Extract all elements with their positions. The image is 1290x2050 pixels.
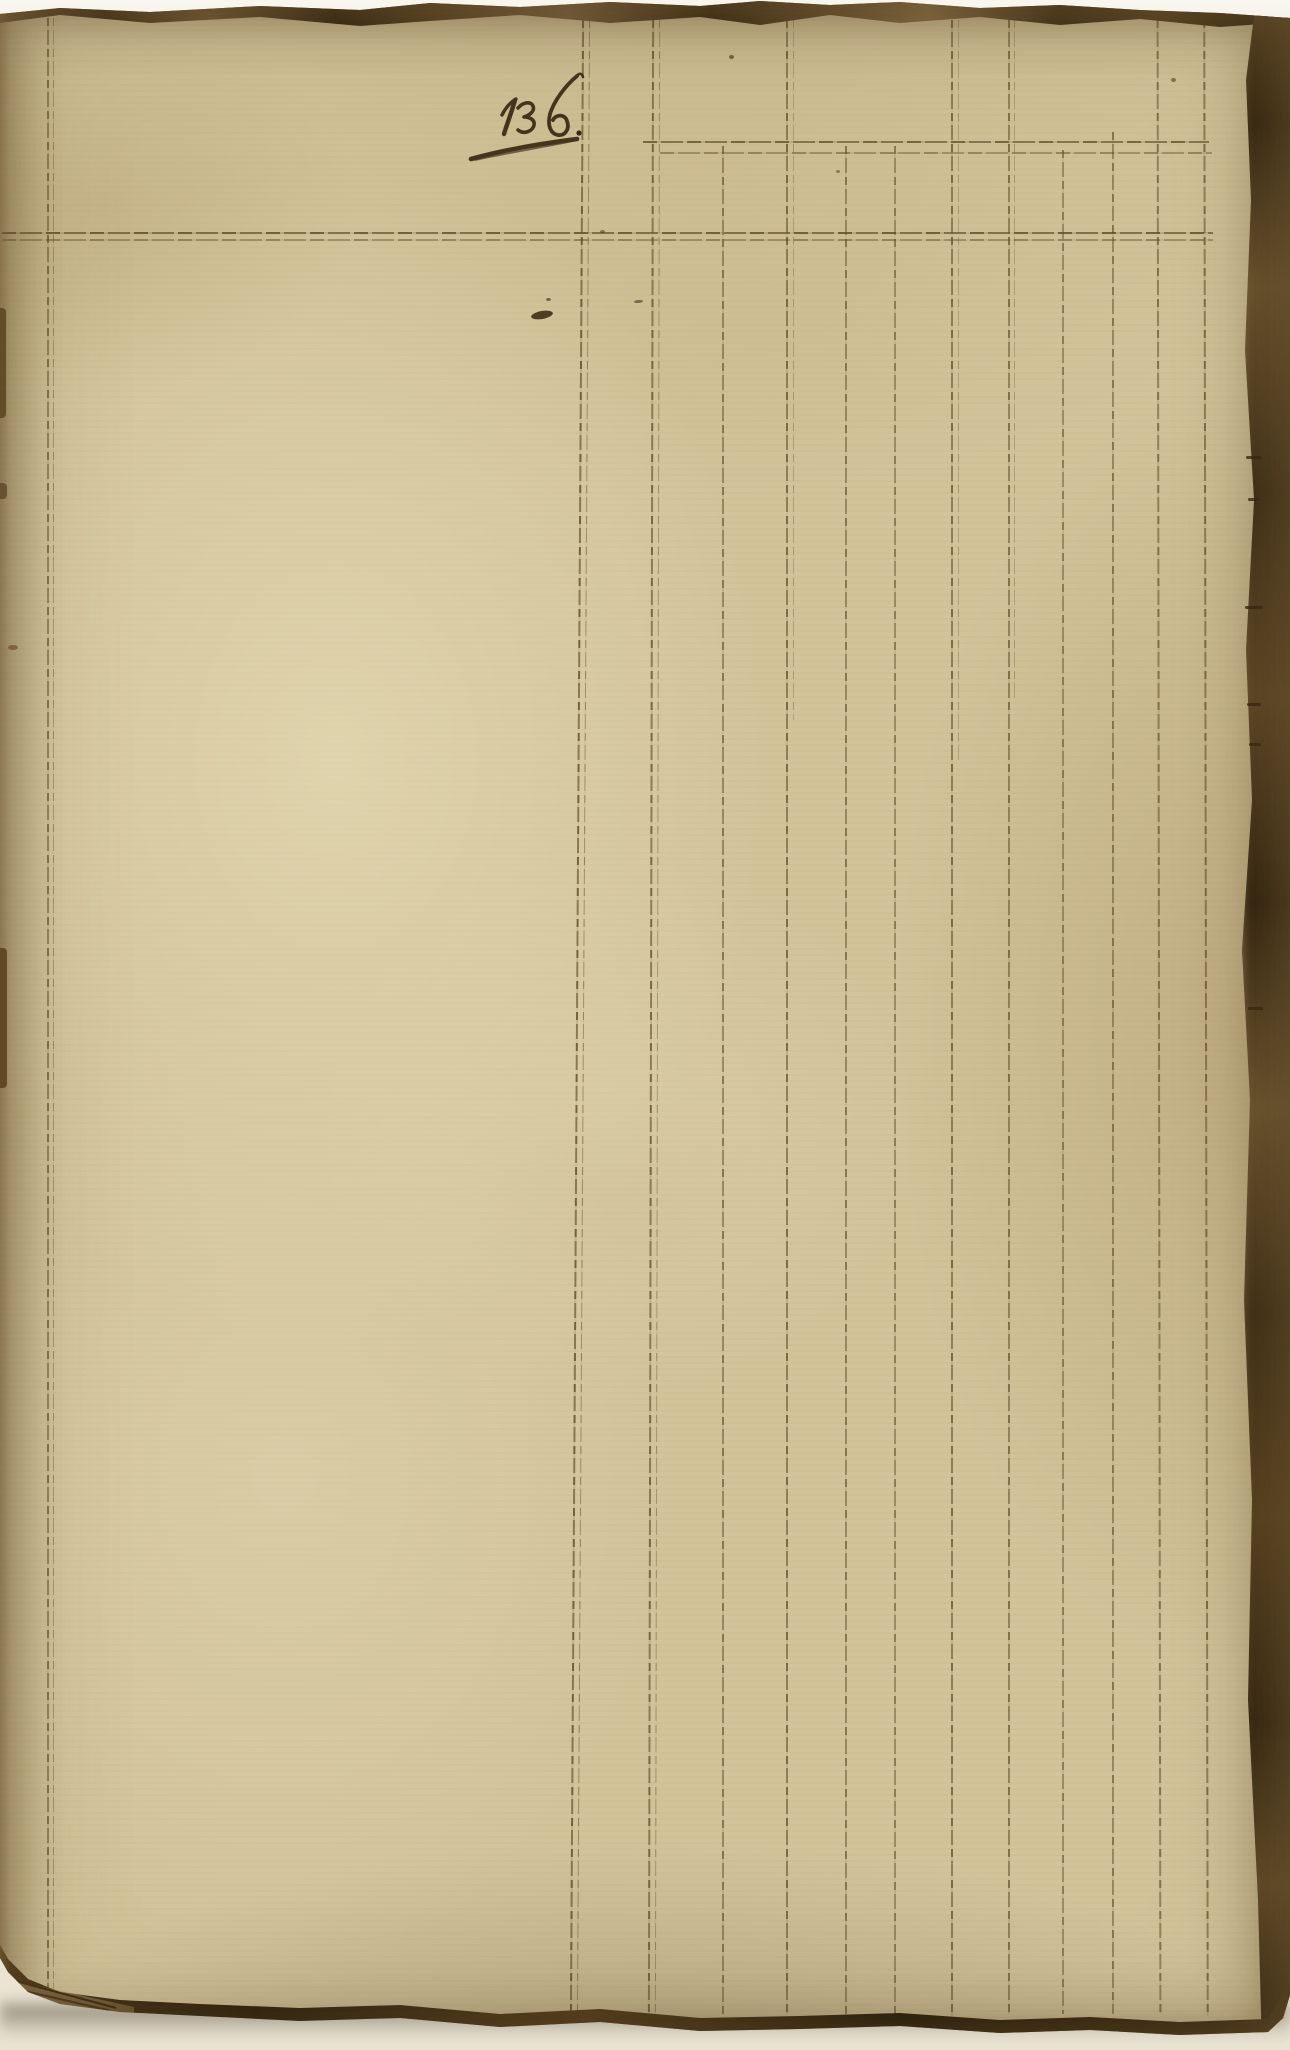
ruled-column-line <box>648 20 654 2016</box>
ink-blot <box>836 170 840 173</box>
ruled-column-line <box>655 20 660 2016</box>
ruled-column-line <box>53 18 54 2012</box>
page-number-label: 136. <box>0 0 1 1</box>
ruled-column-line <box>577 20 590 2018</box>
ledger-page: 136. <box>0 0 1290 2050</box>
ruled-column-line <box>951 20 953 2016</box>
ink-blot <box>546 298 551 301</box>
ruled-column-line <box>894 146 896 2014</box>
ruled-column-line <box>722 146 724 2014</box>
ruled-column-line <box>845 146 847 2014</box>
ruled-column-line <box>1157 20 1162 2014</box>
stitch-mark <box>1247 703 1261 706</box>
stitch-mark <box>1249 743 1261 746</box>
stitch-mark <box>1248 1007 1263 1010</box>
ruled-column-line <box>786 20 788 2014</box>
scanned-photo: { "document": { "kind": "archival scan o… <box>0 0 1290 2050</box>
ruled-column-line <box>47 18 49 2012</box>
torn-top-edge <box>0 0 1290 32</box>
ruled-column-line <box>1014 20 1015 700</box>
ruled-column-line <box>1203 20 1208 2016</box>
left-edge-fiber <box>8 645 18 650</box>
ruled-column-line <box>1112 132 1114 2014</box>
ruled-column-line <box>793 20 794 720</box>
binding-right-edge <box>1236 0 1290 2050</box>
ruled-column-line <box>570 20 584 2018</box>
stitch-mark <box>1246 456 1262 459</box>
ink-blot <box>634 300 643 304</box>
ruled-header-line <box>2 239 1213 241</box>
ruled-header-line <box>660 152 1212 154</box>
page-number-handwriting <box>455 70 595 165</box>
left-edge-notch <box>0 308 6 418</box>
ruled-column-line <box>1008 20 1010 2014</box>
ruled-column-line <box>958 20 959 760</box>
left-edge-curl-mark <box>0 483 7 499</box>
ink-blot <box>600 230 605 233</box>
ink-blot <box>729 55 734 59</box>
page-vignette <box>0 0 1290 2050</box>
left-edge-notch <box>0 948 7 1088</box>
stitch-mark <box>1248 498 1260 501</box>
ink-blot <box>1171 78 1176 82</box>
ruled-column-line <box>1062 150 1064 2014</box>
stitch-mark <box>1245 606 1263 609</box>
ruled-header-line <box>2 232 1213 234</box>
ruled-header-line <box>643 141 1209 143</box>
ink-blot <box>530 309 553 321</box>
